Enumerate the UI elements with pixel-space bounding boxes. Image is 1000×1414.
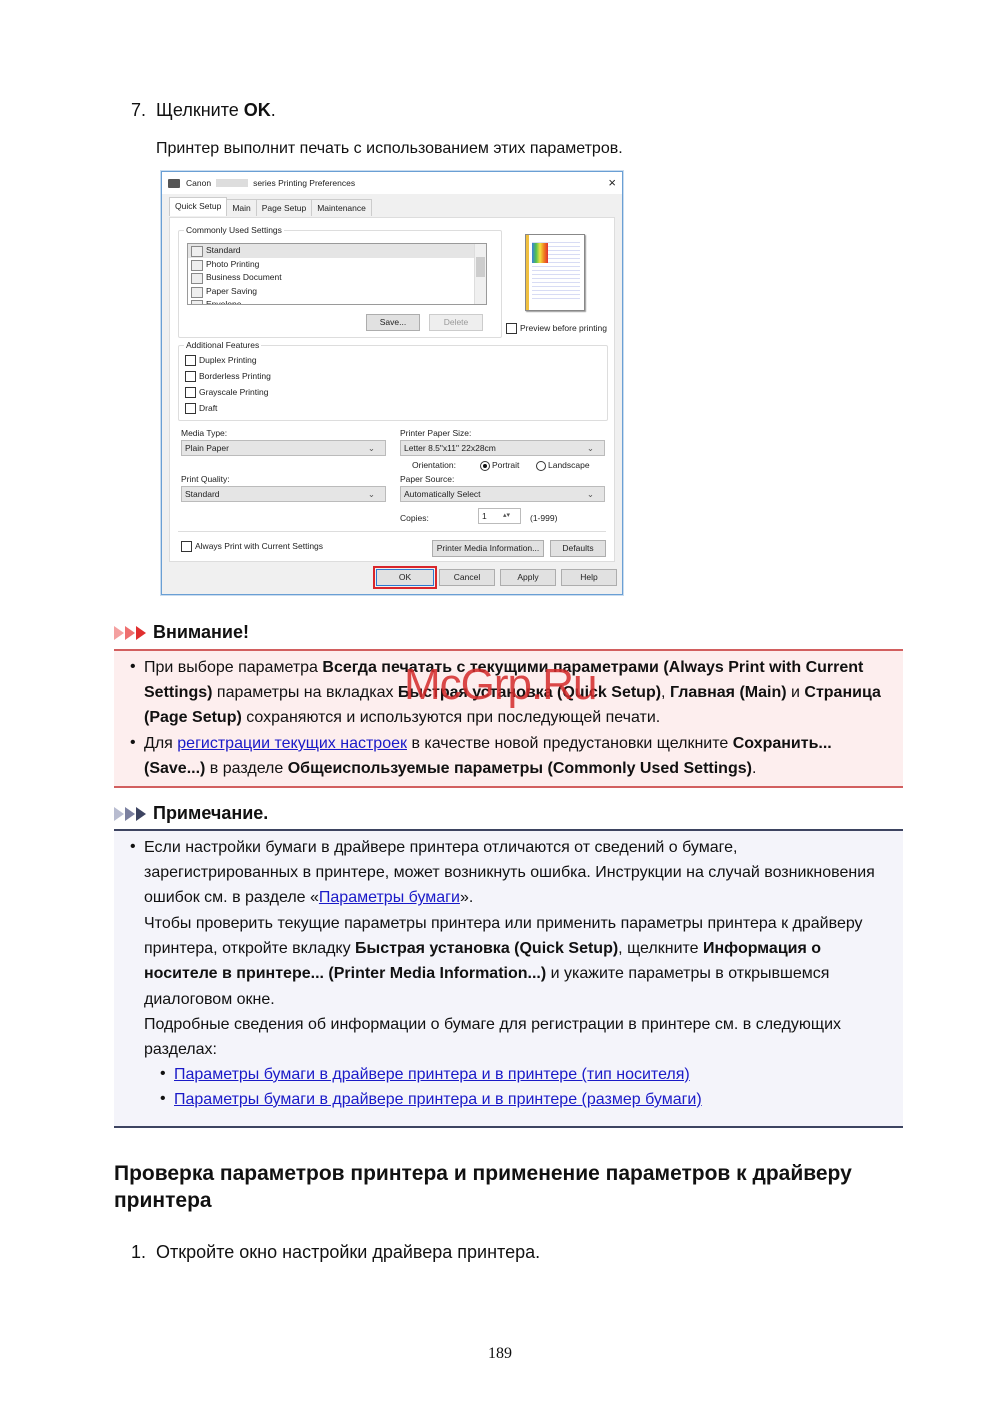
list-scrollbar[interactable] (474, 244, 486, 304)
additional-features-group: Additional Features Duplex Printing Bord… (178, 345, 608, 421)
note-link-item: Параметры бумаги в драйвере принтера и в… (174, 1062, 690, 1087)
duplex-printing-checkbox[interactable]: Duplex Printing (185, 352, 271, 368)
defaults-button[interactable]: Defaults (550, 540, 606, 557)
step-7-description: Принтер выполнит печать с использованием… (156, 140, 623, 158)
tab-maintenance[interactable]: Maintenance (311, 199, 372, 216)
preview-before-printing-checkbox[interactable]: Preview before printing (506, 320, 607, 336)
list-item[interactable]: Envelope (188, 298, 486, 305)
media-type-select[interactable]: Plain Paper⌄ (181, 440, 386, 456)
bullet: • (160, 1065, 166, 1083)
media-type-link[interactable]: Параметры бумаги в драйвере принтера и в… (174, 1066, 690, 1083)
section-heading: Проверка параметров принтера и применени… (114, 1160, 904, 1214)
print-quality-select[interactable]: Standard⌄ (181, 486, 386, 502)
watermark: McGrp.Ru (404, 660, 596, 710)
bullet: • (130, 658, 136, 676)
apply-button[interactable]: Apply (500, 569, 556, 586)
list-item[interactable]: Business Document (188, 271, 486, 285)
step-1: 1. Откройте окно настройки драйвера прин… (131, 1242, 540, 1263)
chevron-down-icon: ⌄ (587, 487, 594, 501)
bullet: • (130, 734, 136, 752)
dialog-title-bar: Canonseries Printing Preferences × (162, 172, 622, 194)
tab-page-setup[interactable]: Page Setup (256, 199, 312, 216)
cancel-button[interactable]: Cancel (439, 569, 495, 586)
redacted-model (216, 179, 248, 187)
grayscale-printing-checkbox[interactable]: Grayscale Printing (185, 384, 271, 400)
draft-checkbox[interactable]: Draft (185, 400, 271, 416)
save-button[interactable]: Save... (366, 314, 420, 331)
printing-preferences-dialog: Canonseries Printing Preferences × Quick… (161, 171, 623, 595)
commonly-used-settings-group: Commonly Used Settings Standard Photo Pr… (178, 230, 502, 338)
ok-button[interactable]: OK (376, 569, 434, 586)
always-print-checkbox[interactable]: Always Print with Current Settings (181, 538, 323, 554)
delete-button[interactable]: Delete (429, 314, 483, 331)
note-paragraph-2: Чтобы проверить текущие параметры принте… (144, 911, 894, 1012)
printer-paper-size-label: Printer Paper Size: (400, 428, 471, 438)
quick-setup-panel: Commonly Used Settings Standard Photo Pr… (169, 217, 615, 562)
chevrons-icon (114, 626, 147, 640)
paper-settings-link[interactable]: Параметры бумаги (319, 889, 460, 906)
bullet: • (130, 838, 136, 856)
commonly-used-settings-list[interactable]: Standard Photo Printing Business Documen… (187, 243, 487, 305)
landscape-radio[interactable]: Landscape (536, 460, 590, 471)
note-box: • Если настройки бумаги в драйвере принт… (114, 829, 903, 1128)
note-heading: Примечание. (114, 803, 268, 824)
close-icon[interactable]: × (608, 175, 616, 190)
list-item[interactable]: Paper Saving (188, 285, 486, 299)
media-type-label: Media Type: (181, 428, 227, 438)
paper-source-select[interactable]: Automatically Select⌄ (400, 486, 605, 502)
paper-size-link[interactable]: Параметры бумаги в драйвере принтера и в… (174, 1091, 702, 1108)
paper-source-label: Paper Source: (400, 474, 454, 484)
list-item[interactable]: Standard (188, 244, 486, 258)
printer-media-information-button[interactable]: Printer Media Information... (432, 540, 544, 557)
portrait-radio[interactable]: Portrait (480, 460, 519, 471)
copies-range: (1-999) (530, 513, 557, 523)
print-quality-label: Print Quality: (181, 474, 230, 484)
tab-main[interactable]: Main (226, 199, 256, 216)
orientation-label: Orientation: (412, 460, 456, 470)
help-button[interactable]: Help (561, 569, 617, 586)
chevron-down-icon: ⌄ (587, 441, 594, 455)
list-item[interactable]: Photo Printing (188, 258, 486, 272)
note-paragraph-3: Подробные сведения об информации о бумаг… (144, 1012, 894, 1062)
dialog-tabs: Quick Setup Main Page Setup Maintenance (169, 199, 371, 216)
copies-label: Copies: (400, 513, 429, 523)
chevron-down-icon: ⌄ (368, 441, 375, 455)
copies-stepper[interactable]: 1▴▾ (478, 508, 521, 524)
note-link-item: Параметры бумаги в драйвере принтера и в… (174, 1087, 702, 1112)
borderless-printing-checkbox[interactable]: Borderless Printing (185, 368, 271, 384)
warning-heading: Внимание! (114, 622, 249, 643)
warning-item-2: Для регистрации текущих настроек в качес… (144, 731, 894, 781)
printer-icon (168, 179, 180, 188)
tab-quick-setup[interactable]: Quick Setup (169, 197, 227, 216)
spin-arrows-icon: ▴▾ (503, 509, 510, 523)
printer-paper-size-select[interactable]: Letter 8.5"x11" 22x28cm⌄ (400, 440, 605, 456)
note-paragraph-1: Если настройки бумаги в драйвере принтер… (144, 835, 894, 911)
page-preview-image (525, 234, 585, 311)
chevrons-icon (114, 807, 147, 821)
bullet: • (160, 1090, 166, 1108)
step-7: 7. Щелкните OK. (131, 100, 276, 121)
page-number: 189 (0, 1345, 1000, 1363)
register-current-settings-link[interactable]: регистрации текущих настроек (177, 735, 407, 752)
chevron-down-icon: ⌄ (368, 487, 375, 501)
